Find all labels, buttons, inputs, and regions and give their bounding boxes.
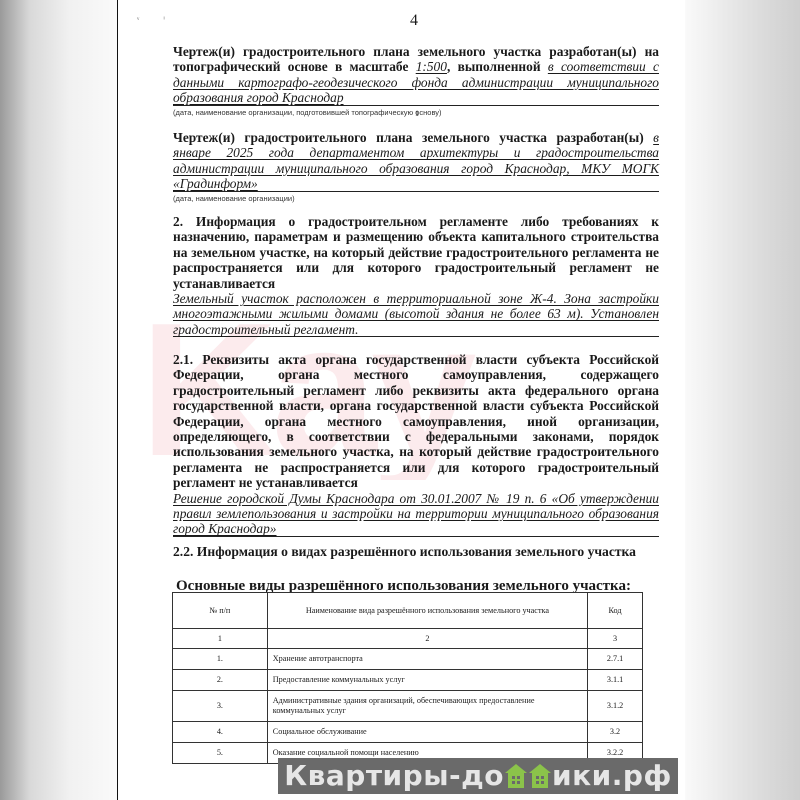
row-number: 2. bbox=[173, 670, 268, 691]
row-use-name: Административные здания организаций, обе… bbox=[267, 691, 587, 722]
row-number: 5. bbox=[173, 743, 268, 764]
page-number: 4 bbox=[410, 12, 418, 30]
row-code: 3.1.1 bbox=[588, 670, 643, 691]
column-number: 2 bbox=[267, 629, 587, 649]
row-number: 4. bbox=[173, 722, 268, 743]
row-use-name: Социальное обслуживание bbox=[267, 722, 587, 743]
scan-mark: ᵛ bbox=[137, 15, 139, 24]
drawing-developer-block: Чертеж(и) градостроительного плана земел… bbox=[173, 130, 659, 204]
drawing-developer-label: Чертеж(и) градостроительного плана земел… bbox=[173, 130, 653, 145]
column-number: 3 bbox=[588, 629, 643, 649]
column-header-number: № п/п bbox=[173, 593, 268, 629]
row-code: 3.1.2 bbox=[588, 691, 643, 722]
section-2-1: 2.1. Реквизиты акта органа государственн… bbox=[173, 352, 659, 537]
brand-text-end: ики.рф bbox=[552, 759, 672, 792]
section-2-1-heading: 2.1. Реквизиты акта органа государственн… bbox=[173, 352, 659, 491]
scan-mark: ⁱ bbox=[163, 15, 164, 24]
drawing-topo-label-mid: , выполненной bbox=[447, 59, 548, 74]
house-icon bbox=[505, 764, 527, 788]
row-code: 3.2 bbox=[588, 722, 643, 743]
table-header-row: № п/п Наименование вида разрешённого исп… bbox=[173, 593, 643, 629]
brand-text-start: Квартиры-до bbox=[284, 759, 504, 792]
table-row: 4. Социальное обслуживание 3.2 bbox=[173, 722, 643, 743]
section-2-value: Земельный участок расположен в территори… bbox=[173, 291, 659, 337]
site-watermark-banner: Квартиры-доики.рф bbox=[278, 758, 678, 794]
column-header-name: Наименование вида разрешённого использов… bbox=[267, 593, 587, 629]
drawing-topo-basis-block: Чертеж(и) градостроительного плана земел… bbox=[173, 44, 659, 118]
row-use-name: Предоставление коммунальных услуг bbox=[267, 670, 587, 691]
table-row: 3. Административные здания организаций, … bbox=[173, 691, 643, 722]
column-header-code: Код bbox=[588, 593, 643, 629]
section-2-2-heading: 2.2. Информация о видах разрешённого исп… bbox=[173, 544, 636, 560]
row-number: 3. bbox=[173, 691, 268, 722]
column-number-row: 1 2 3 bbox=[173, 629, 643, 649]
section-2: 2. Информация о градостроительном реглам… bbox=[173, 214, 659, 337]
table-row: 2. Предоставление коммунальных услуг 3.1… bbox=[173, 670, 643, 691]
scale-value: 1:500 bbox=[416, 59, 447, 74]
house-icon bbox=[529, 764, 551, 788]
column-number: 1 bbox=[173, 629, 268, 649]
section-2-1-value: Решение городской Думы Краснодара от 30.… bbox=[173, 491, 659, 537]
row-use-name: Хранение автотранспорта bbox=[267, 649, 587, 670]
row-number: 1. bbox=[173, 649, 268, 670]
field-caption: (дата, наименование организации) bbox=[173, 194, 659, 204]
scan-marks: ᵛ ⁱ bbox=[137, 15, 187, 24]
main-uses-table: № п/п Наименование вида разрешённого исп… bbox=[172, 592, 643, 764]
caption-mark: 1 bbox=[415, 109, 419, 118]
table-row: 1. Хранение автотранспорта 2.7.1 bbox=[173, 649, 643, 670]
section-2-heading: 2. Информация о градостроительном реглам… bbox=[173, 214, 659, 291]
row-code: 2.7.1 bbox=[588, 649, 643, 670]
